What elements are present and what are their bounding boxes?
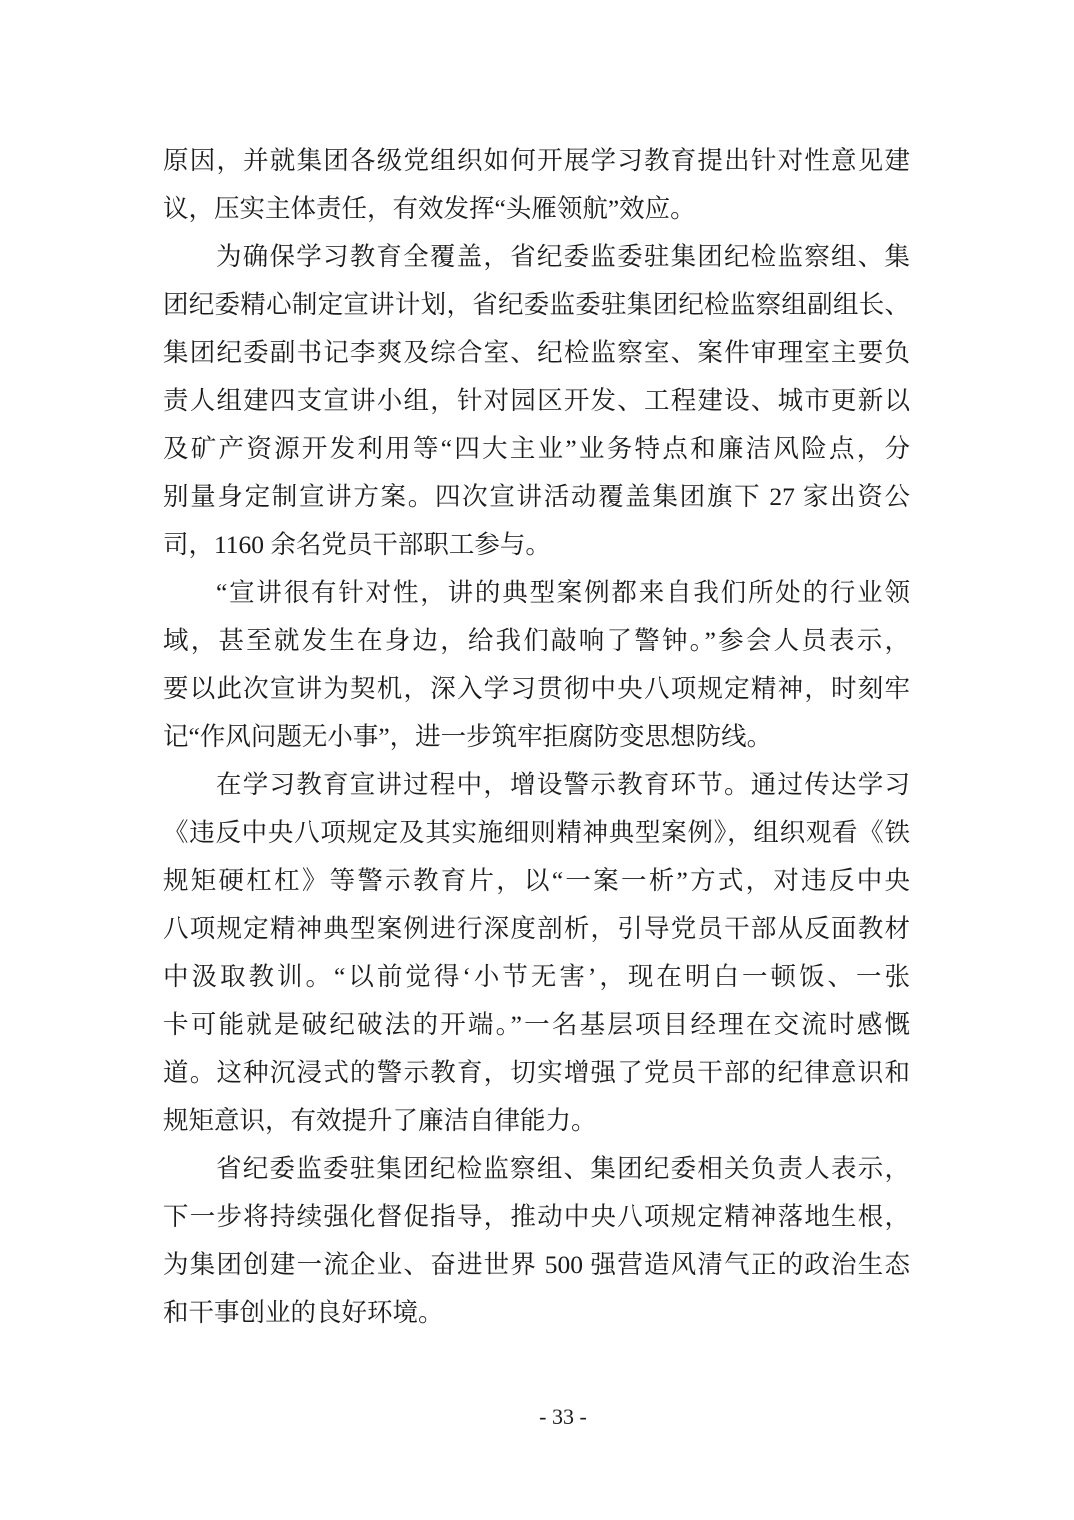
text-line: 集团纪委副书记李爽及综合室、纪检监察室、案件审理室主要负 (163, 329, 910, 377)
text-line: 中汲取教训。“以前觉得‘小节无害’，现在明白一顿饭、一张 (163, 953, 910, 1001)
text-line: 及矿产资源开发利用等“四大主业”业务特点和廉洁风险点，分 (163, 425, 910, 473)
text-line: 责人组建四支宣讲小组，针对园区开发、工程建设、城市更新以 (163, 377, 910, 425)
document-text: 原因，并就集团各级党组织如何开展学习教育提出针对性意见建议，压实主体责任，有效发… (163, 137, 910, 1337)
text-line: 《违反中央八项规定及其实施细则精神典型案例》，组织观看《铁 (163, 809, 910, 857)
text-line: 为集团创建一流企业、奋进世界 500 强营造风清气正的政治生态 (163, 1241, 910, 1289)
page-number: - 33 - (0, 1401, 1074, 1433)
text-line: 为确保学习教育全覆盖，省纪委监委驻集团纪检监察组、集 (163, 233, 910, 281)
text-line: 司，1160 余名党员干部职工参与。 (163, 521, 910, 569)
text-line: 规矩硬杠杠》等警示教育片，以“一案一析”方式，对违反中央 (163, 857, 910, 905)
text-line: 别量身定制宣讲方案。四次宣讲活动覆盖集团旗下 27 家出资公 (163, 473, 910, 521)
text-line: 团纪委精心制定宣讲计划，省纪委监委驻集团纪检监察组副组长、 (163, 281, 910, 329)
text-line: 记“作风问题无小事”，进一步筑牢拒腐防变思想防线。 (163, 713, 910, 761)
text-line: 议，压实主体责任，有效发挥“头雁领航”效应。 (163, 185, 910, 233)
text-line: “宣讲很有针对性，讲的典型案例都来自我们所处的行业领 (163, 569, 910, 617)
text-line: 域，甚至就发生在身边，给我们敲响了警钟。”参会人员表示， (163, 617, 910, 665)
text-line: 道。这种沉浸式的警示教育，切实增强了党员干部的纪律意识和 (163, 1049, 910, 1097)
document-page: 原因，并就集团各级党组织如何开展学习教育提出针对性意见建议，压实主体责任，有效发… (0, 0, 1074, 1520)
text-line: 原因，并就集团各级党组织如何开展学习教育提出针对性意见建 (163, 137, 910, 185)
text-line: 在学习教育宣讲过程中，增设警示教育环节。通过传达学习 (163, 761, 910, 809)
text-line: 八项规定精神典型案例进行深度剖析，引导党员干部从反面教材 (163, 905, 910, 953)
text-line: 省纪委监委驻集团纪检监察组、集团纪委相关负责人表示， (163, 1145, 910, 1193)
text-line: 和干事创业的良好环境。 (163, 1289, 910, 1337)
text-line: 规矩意识，有效提升了廉洁自律能力。 (163, 1097, 910, 1145)
text-line: 卡可能就是破纪破法的开端。”一名基层项目经理在交流时感慨 (163, 1001, 910, 1049)
text-line: 要以此次宣讲为契机，深入学习贯彻中央八项规定精神，时刻牢 (163, 665, 910, 713)
text-line: 下一步将持续强化督促指导，推动中央八项规定精神落地生根， (163, 1193, 910, 1241)
